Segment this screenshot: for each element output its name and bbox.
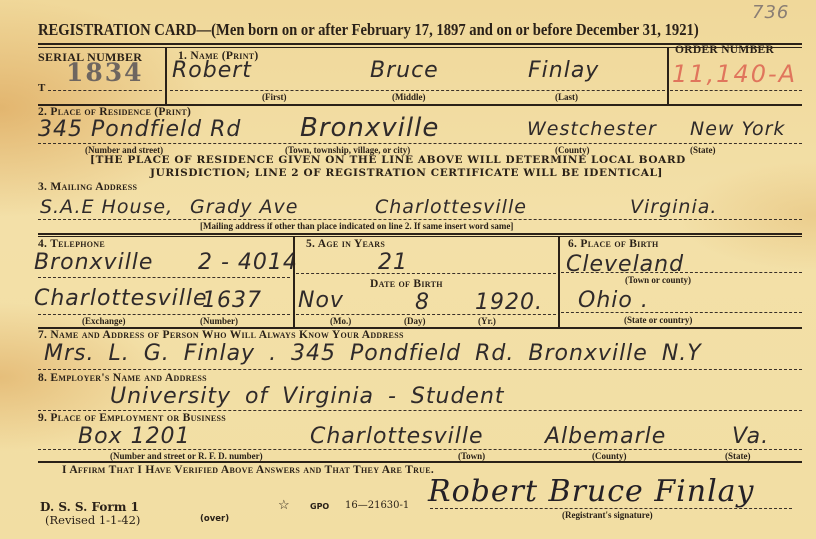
age-line (296, 273, 556, 274)
order-label: ORDER NUMBER (675, 44, 774, 56)
exchange-caption: (Exchange) (82, 316, 126, 326)
mailing-part4: Virginia. (630, 196, 717, 218)
gpo-mark: GPO (310, 502, 329, 511)
dob-day: 8 (415, 290, 430, 315)
mailing-line (38, 219, 802, 220)
contact-value: Mrs. L. G. Finlay . 345 Pondfield Rd. Br… (44, 341, 702, 366)
employment-county: Albemarle (545, 424, 666, 449)
birthplace-town-caption: (Town or county) (625, 275, 691, 285)
employer-line (38, 410, 802, 411)
day-caption: (Day) (404, 316, 426, 326)
residence-line (38, 143, 802, 144)
dob-label: Date of Birth (370, 278, 443, 290)
row-rule-thin (38, 236, 802, 237)
dob-year: 1920. (475, 290, 543, 315)
over-note: (over) (200, 514, 229, 524)
last-name: Finlay (528, 58, 599, 83)
employment-label: 9. Place of Employment or Business (38, 412, 226, 424)
residence-county: Westchester (527, 118, 657, 140)
first-caption: (First) (262, 92, 287, 102)
name-line (170, 90, 665, 91)
mailing-part3: Charlottesville (375, 196, 527, 218)
middle-name: Bruce (370, 58, 439, 83)
telephone-number-1: 2 - 4014 (198, 250, 298, 275)
print-code: 16—21630-1 (345, 500, 409, 511)
number-caption: (Number) (200, 316, 238, 326)
star-icon: ☆ (278, 498, 290, 513)
employment-state: Va. (732, 424, 769, 449)
employer-label: 8. Employer's Name and Address (38, 372, 207, 384)
last-caption: (Last) (555, 92, 578, 102)
middle-caption: (Middle) (392, 92, 426, 102)
dob-line (296, 314, 556, 315)
row-rule (38, 461, 802, 463)
divider (293, 237, 295, 327)
serial-line (48, 90, 162, 91)
employment-town: Charlottesville (310, 424, 484, 449)
divider (667, 48, 669, 104)
serial-number: 1834 (66, 58, 144, 87)
mailing-part1: S.A.E House, (40, 196, 173, 218)
serial-prefix: T (38, 82, 45, 94)
signature-line (430, 508, 792, 509)
form-revised: (Revised 1-1-42) (45, 513, 140, 527)
telephone-line-1 (38, 277, 290, 278)
residence-notice-2: JURISDICTION; LINE 2 OF REGISTRATION CER… (150, 167, 663, 179)
dob-month: Nov (298, 288, 344, 313)
contact-line (38, 369, 802, 370)
divider (165, 48, 167, 104)
mailing-caption: [Mailing address if other than place ind… (200, 221, 513, 231)
year-caption: (Yr.) (478, 316, 496, 326)
row-rule (38, 233, 802, 235)
state-caption: (State) (690, 145, 716, 155)
employment-street-caption: (Number and street or R. F. D. number) (110, 451, 263, 461)
telephone-label: 4. Telephone (38, 238, 105, 250)
birthplace-label: 6. Place of Birth (568, 238, 659, 250)
residence-state: New York (690, 118, 785, 140)
telephone-number-2: 1637 (202, 288, 262, 313)
employment-line (38, 449, 802, 450)
birthplace-state-caption: (State or country) (624, 315, 692, 325)
first-name: Robert (172, 58, 252, 83)
registrant-signature: Robert Bruce Finlay (428, 474, 755, 509)
affirmation-text: I Affirm That I Have Verified Above Answ… (62, 464, 434, 476)
mailing-part2: Grady Ave (190, 196, 298, 218)
order-line (670, 90, 802, 91)
employer-value: University of Virginia - Student (110, 384, 505, 409)
order-number: 11,140-A (672, 60, 797, 88)
signature-caption: (Registrant's signature) (562, 510, 653, 520)
mailing-label: 3. Mailing Address (38, 181, 137, 193)
residence-town: Bronxville (300, 113, 439, 143)
employment-street: Box 1201 (78, 424, 191, 449)
residence-street: 345 Pondfield Rd (38, 117, 241, 142)
age-label: 5. Age in Years (306, 238, 385, 250)
form-name: D. S. S. Form 1 (40, 500, 139, 514)
registration-card: REGISTRATION CARD—(Men born on or after … (0, 0, 816, 539)
pencil-note: 736 (752, 2, 789, 23)
birthplace-line-2 (561, 312, 802, 313)
divider (558, 237, 560, 327)
birthplace-line-1 (561, 272, 802, 273)
employment-state-caption: (State) (725, 451, 751, 461)
birthplace-state: Ohio . (578, 288, 649, 313)
card-title: REGISTRATION CARD—(Men born on or after … (38, 20, 699, 40)
employment-county-caption: (County) (592, 451, 627, 461)
age-value: 21 (378, 250, 408, 275)
telephone-line-2 (38, 314, 290, 315)
month-caption: (Mo.) (330, 316, 351, 326)
birthplace-town: Cleveland (566, 252, 684, 277)
contact-label: 7. Name and Address of Person Who Will A… (38, 329, 404, 341)
telephone-exchange-1: Bronxville (34, 250, 153, 275)
telephone-exchange-2: Charlottesville (34, 286, 208, 311)
residence-notice-1: [THE PLACE OF RESIDENCE GIVEN ON THE LIN… (90, 154, 686, 166)
employment-town-caption: (Town) (458, 451, 485, 461)
